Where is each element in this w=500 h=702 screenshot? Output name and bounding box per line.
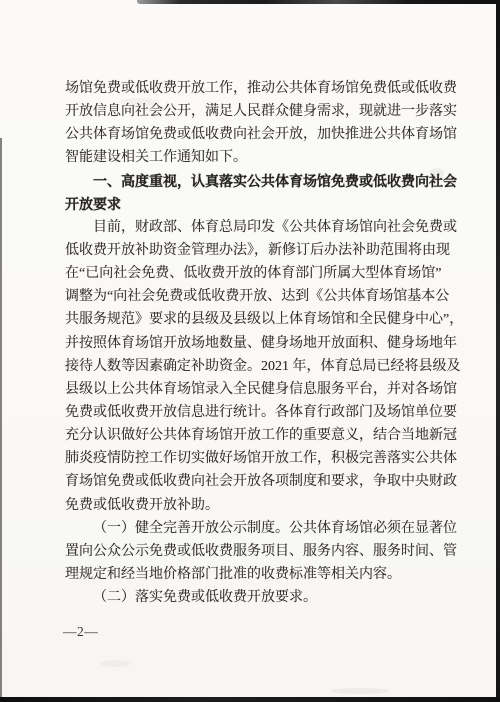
text-line: （二）落实免费或低收费开放要求。 [65,586,459,609]
scan-smudge [100,660,130,667]
text-line: 调整为“向社会免费或低收费开放、达到《公共体育场馆基本公 [65,285,459,308]
text-line: 开放要求 [65,193,459,216]
text-line: 并按照体育场馆开放场地数量、健身场地开放面积、健身场地年 [65,332,459,355]
text-line: 理规定和经当地价格部门批准的收费标准等相关内容。 [65,563,459,586]
text-line: 开放信息向社会公开，满足人民群众健身需求，现就进一步落实 [65,100,459,123]
page-number: —2— [63,624,98,640]
text-line: （一）健全完善开放公示制度。公共体育场馆必须在显著位 [65,517,459,540]
text-line: 接待人数等因素确定补助资金。2021 年，体育总局已经将县级及 [65,355,459,378]
text-line: 目前，财政部、体育总局印发《公共体育场馆向社会免费或 [65,216,459,239]
text-line: 充分认识做好公共体育场馆开放工作的重要意义，结合当地新冠 [65,424,459,447]
text-line: 免费或低收费开放信息进行统计。各体育行政部门及场馆单位要 [65,401,459,424]
scan-edge-bottom [0,697,500,702]
text-line: 肺炎疫情防控工作切实做好场馆开放工作，积极完善落实公共体 [65,447,459,470]
text-line: 公共体育场馆免费或低收费向社会开放，加快推进公共体育场馆 [65,123,459,146]
text-line: 在“已向社会免费、低收费开放的体育部门所属大型体育场馆” [65,262,459,285]
document-body: 场馆免费或低收费开放工作，推动公共体育场馆免费低或低收费开放信息向社会公开，满足… [65,77,459,609]
text-line: 共服务规范》要求的县级及县级以上体育场馆和全民健身中心”， [65,308,459,331]
text-line: 置向公众公示免费或低收费服务项目、服务内容、服务时间、管 [65,540,459,563]
scan-smudge [330,688,390,694]
text-line: 一、高度重视，认真落实公共体育场馆免费或低收费向社会 [65,170,459,193]
text-line: 育场馆免费或低收费向社会开放各项制度和要求，争取中央财政 [65,470,459,493]
document-page: 场馆免费或低收费开放工作，推动公共体育场馆免费低或低收费开放信息向社会公开，满足… [0,0,500,702]
text-line: 场馆免费或低收费开放工作，推动公共体育场馆免费低或低收费 [65,77,459,100]
text-line: 免费或低收费开放补助。 [65,494,459,517]
scan-edge-right [496,0,500,702]
text-line: 低收费开放补助资金管理办法》，新修订后办法补助范围将由现 [65,239,459,262]
scan-edge-left [0,138,2,697]
scan-edge-top [137,0,500,4]
text-line: 智能建设相关工作通知如下。 [65,146,459,169]
text-line: 县级以上公共体育场馆录入全民健身信息服务平台，并对各场馆 [65,378,459,401]
